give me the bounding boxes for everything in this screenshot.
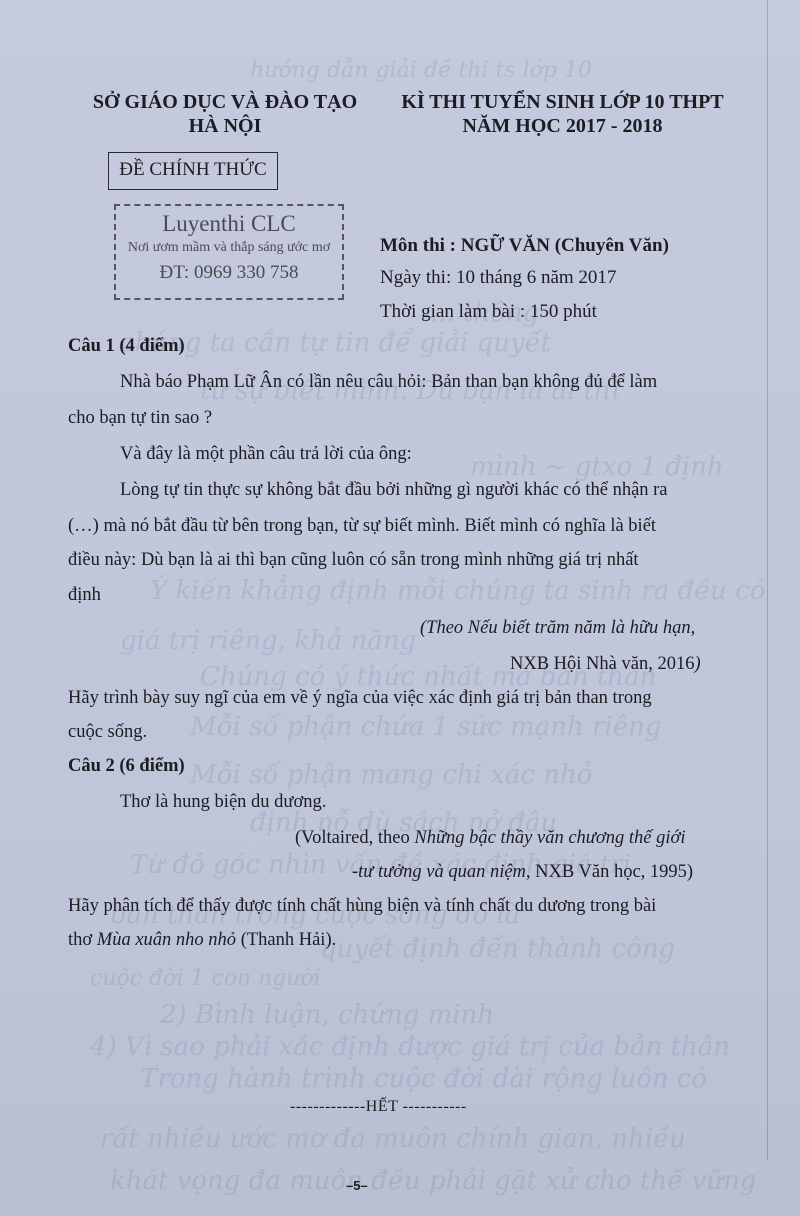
school-year: NĂM HỌC 2017 - 2018 <box>390 114 735 138</box>
poem-title: Mùa xuân nho nhỏ <box>97 930 236 950</box>
stamp-name: Luyenthi CLC <box>116 210 342 238</box>
show-through-handwriting: 4) Vì sao phải xác định được giá trị của… <box>90 1032 730 1062</box>
department-name: SỞ GIÁO DỤC VÀ ĐÀO TẠO <box>60 90 390 114</box>
question-1-task-cont: cuộc sống. <box>68 720 147 744</box>
show-through-handwriting: hướng dẫn giải đề thi ts lớp 10 <box>250 58 592 83</box>
publisher-close: ) <box>694 654 700 674</box>
show-through-handwriting: Trong hành trình cuộc đời dài rộng luôn … <box>140 1064 707 1094</box>
exam-date: Ngày thi: 10 tháng 6 năm 2017 <box>380 266 616 290</box>
question-2-title: Câu 2 (6 điểm) <box>68 754 185 778</box>
show-through-handwriting: khát vọng đa muôn đều phải gặt xử cho th… <box>110 1166 756 1196</box>
question-1-lead: Và đây là một phần câu trả lời của ông: <box>120 442 412 466</box>
end-marker: -------------HẾT ----------- <box>290 1098 467 1116</box>
page-number: –5– <box>346 1178 368 1193</box>
stamp-phone: ĐT: 0969 330 758 <box>116 258 342 288</box>
header-department: SỞ GIÁO DỤC VÀ ĐÀO TẠO HÀ NỘI <box>60 90 390 138</box>
stamp-slogan: Nơi ươm mầm và thắp sáng ước mơ <box>116 238 342 258</box>
show-through-handwriting: quyết định đến thành công <box>320 934 675 964</box>
show-through-handwriting: 2) Bình luận, chứng minh <box>160 1000 494 1030</box>
question-2-source-cont: -tư tưởng và quan niệm, NXB Văn học, 199… <box>352 860 693 884</box>
exam-subject: Môn thi : NGỮ VĂN (Chuyên Văn) <box>380 234 669 258</box>
header-exam: KÌ THI TUYỂN SINH LỚP 10 THPT NĂM HỌC 20… <box>390 90 735 138</box>
source-title: Nếu biết trăm năm là hữu hạn, <box>468 618 695 638</box>
question-2-task: Hãy phân tích để thấy được tính chất hùn… <box>68 894 656 918</box>
question-1-quote-line: Lòng tự tin thực sự không bắt đầu bởi nh… <box>120 478 668 502</box>
exam-name: KÌ THI TUYỂN SINH LỚP 10 THPT <box>390 90 735 114</box>
source-publisher: , NXB Văn học, 1995) <box>526 862 693 882</box>
show-through-handwriting: Ý kiến khẳng định mỗi chúng ta sinh ra đ… <box>150 576 765 606</box>
question-1-source: (Theo Nếu biết trăm năm là hữu hạn, <box>420 616 695 640</box>
task-prefix: thơ <box>68 930 97 950</box>
task-suffix: (Thanh Hải). <box>236 930 336 950</box>
question-2-quote: Thơ là hung biện du dương. <box>120 790 326 814</box>
show-through-handwriting: Mỗi số phận chứa 1 sức mạnh riêng <box>190 712 662 742</box>
question-1-publisher: NXB Hội Nhà văn, 2016) <box>510 652 701 676</box>
show-through-handwriting: giá trị riêng, khả năng <box>120 626 416 656</box>
question-1-quote-line: định <box>68 583 101 607</box>
show-through-handwriting: rất nhiều ước mơ đa muôn chính gian, nhi… <box>100 1124 686 1154</box>
question-1-quote-line: (…) mà nó bắt đầu từ bên trong bạn, từ s… <box>68 514 656 538</box>
source-prefix: (Theo <box>420 618 468 638</box>
exam-duration: Thời gian làm bài : 150 phút <box>380 300 597 324</box>
official-exam-label: ĐỀ CHÍNH THỨC <box>108 152 278 190</box>
question-1-intro: Nhà báo Phạm Lữ Ân có lần nêu câu hỏi: B… <box>120 370 657 394</box>
source-subtitle: -tư tưởng và quan niệm <box>352 862 526 882</box>
show-through-handwriting: chúng ta cần tự tin để giải quyết <box>120 328 551 358</box>
question-1-task: Hãy trình bày suy ngĩ của em về ý ngĩa c… <box>68 686 652 710</box>
show-through-handwriting: Mỗi số phận mang chi xác nhỏ <box>190 760 592 790</box>
question-2-source: (Voltaired, theo Những bậc thầy văn chươ… <box>295 826 686 850</box>
question-1-intro-cont: cho bạn tự tin sao ? <box>68 406 212 430</box>
department-city: HÀ NỘI <box>60 114 390 138</box>
page-fold-line <box>767 0 768 1160</box>
question-1-title: Câu 1 (4 điểm) <box>68 334 185 358</box>
show-through-handwriting: cuộc đời 1 con người <box>90 966 321 991</box>
question-1-quote-line: điều này: Dù bạn là ai thì bạn cũng luôn… <box>68 548 639 572</box>
publisher-name: NXB Hội Nhà văn, 2016 <box>510 654 694 674</box>
source-title: Những bậc thầy văn chương thế giới <box>414 828 685 848</box>
source-prefix: (Voltaired, theo <box>295 828 414 848</box>
question-2-task-cont: thơ Mùa xuân nho nhỏ (Thanh Hải). <box>68 928 336 952</box>
publisher-stamp: Luyenthi CLC Nơi ươm mầm và thắp sáng ướ… <box>114 204 344 300</box>
